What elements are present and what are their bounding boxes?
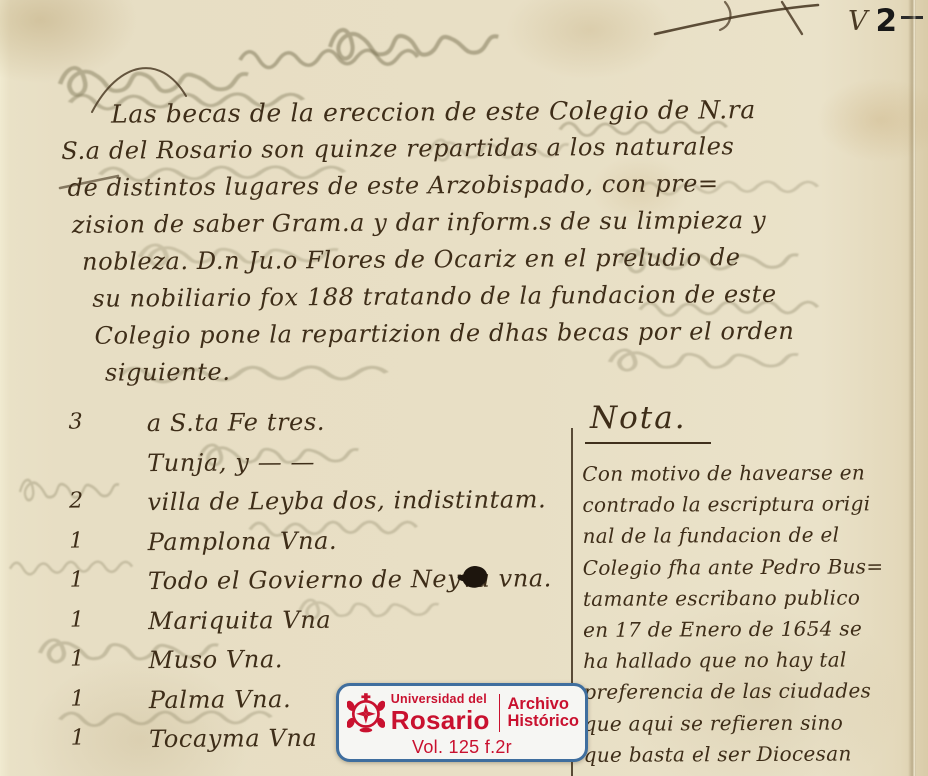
nota-line: que aqui se refieren sino	[583, 710, 923, 743]
margin-count: 1	[59, 725, 97, 750]
place-entry: Mariquita Vna	[148, 605, 331, 634]
place-entry: Muso Vna.	[148, 645, 283, 674]
university-name-bottom: Rosario	[391, 707, 490, 733]
nota-paragraph: Con motivo de havearse en contrado la es…	[582, 460, 924, 774]
nota-line: tamante escribano publico	[583, 585, 923, 618]
archive-unit-line1: Archivo	[507, 696, 579, 713]
university-name: Universidad del Rosario	[391, 693, 490, 733]
manuscript-line: siguiente.	[59, 353, 909, 396]
margin-count: 1	[58, 646, 96, 671]
list-item: 3 a S.ta Fe tres.	[57, 406, 551, 449]
manuscript-line: su nobiliario fox 188 tratando de la fun…	[58, 279, 908, 322]
volume-folio-reference: Vol. 125 f.2r	[339, 737, 585, 758]
nota-heading-underline	[585, 442, 711, 444]
margin-count: 1	[58, 607, 96, 632]
margin-count: 1	[58, 528, 96, 553]
nota-line: preferencia de las ciudades	[583, 678, 923, 711]
place-entry: Tocayma Vna	[149, 724, 317, 753]
nota-line: contrado la escriptura origi	[582, 491, 922, 524]
university-name-top: Universidad del	[391, 693, 490, 706]
list-item: 1 Muso Vna.	[58, 643, 552, 686]
place-entry: Todo el Govierno de Neyva vna.	[148, 564, 552, 595]
list-item: Tunja, y — —	[57, 446, 551, 489]
watermark-divider	[499, 694, 501, 732]
nota-line: ha hallado que no hay tal	[583, 647, 923, 680]
nota-line: Colegio fha ante Pedro Bus=	[583, 554, 923, 587]
manuscript-line: de distintos lugares de este Arzobispado…	[57, 168, 907, 211]
archive-watermark-badge: Universidad del Rosario Archivo Históric…	[336, 683, 588, 762]
list-item: 2 villa de Leyba dos, indistintam.	[57, 485, 551, 528]
place-entry: villa de Leyba dos, indistintam.	[147, 485, 546, 516]
nota-line: nal de la fundacion de el	[583, 522, 923, 555]
manuscript-line: zision de saber Gram.a y dar inform.s de…	[58, 205, 908, 248]
manuscript-page: V 2 Las becas de la ereccion de este Col…	[0, 0, 928, 776]
nota-line: Con motivo de havearse en	[582, 460, 922, 493]
margin-count: 1	[59, 686, 97, 711]
rosario-crest-icon	[347, 691, 385, 735]
manuscript-line: Colegio pone la repartizion de dhas beca…	[59, 316, 909, 359]
place-entry: Pamplona Vna.	[148, 526, 338, 555]
manuscript-line: S.a del Rosario son quinze repartidas a …	[57, 131, 907, 174]
archive-unit-line2: Histórico	[507, 713, 579, 730]
place-entry: Palma Vna.	[149, 685, 292, 714]
place-entry: a S.ta Fe tres.	[147, 408, 325, 437]
watermark-logo-row: Universidad del Rosario Archivo Históric…	[339, 686, 585, 735]
list-item: 1 Pamplona Vna.	[58, 525, 552, 568]
place-entry: Tunja, y — —	[147, 447, 315, 476]
page-fold-shadow	[908, 0, 916, 776]
folio-letter: V	[848, 6, 868, 37]
margin-count: 2	[57, 488, 95, 513]
margin-count: 1	[58, 567, 96, 592]
list-item: 1 Mariquita Vna	[58, 604, 552, 647]
archive-unit-name: Archivo Histórico	[507, 696, 579, 731]
nota-heading: Nota.	[590, 400, 687, 436]
manuscript-line: nobleza. D.n Ju.o Flores de Ocariz en el…	[58, 242, 908, 285]
nota-line: en 17 de Enero de 1654 se	[583, 616, 923, 649]
margin-count: 3	[57, 409, 95, 434]
manuscript-line: Las becas de la ereccion de este Colegio…	[57, 94, 907, 137]
page-number-stamp: 2	[876, 6, 898, 37]
main-paragraph: Las becas de la ereccion de este Colegio…	[57, 94, 909, 396]
nota-line: que basta el ser Diocesan	[584, 741, 924, 774]
